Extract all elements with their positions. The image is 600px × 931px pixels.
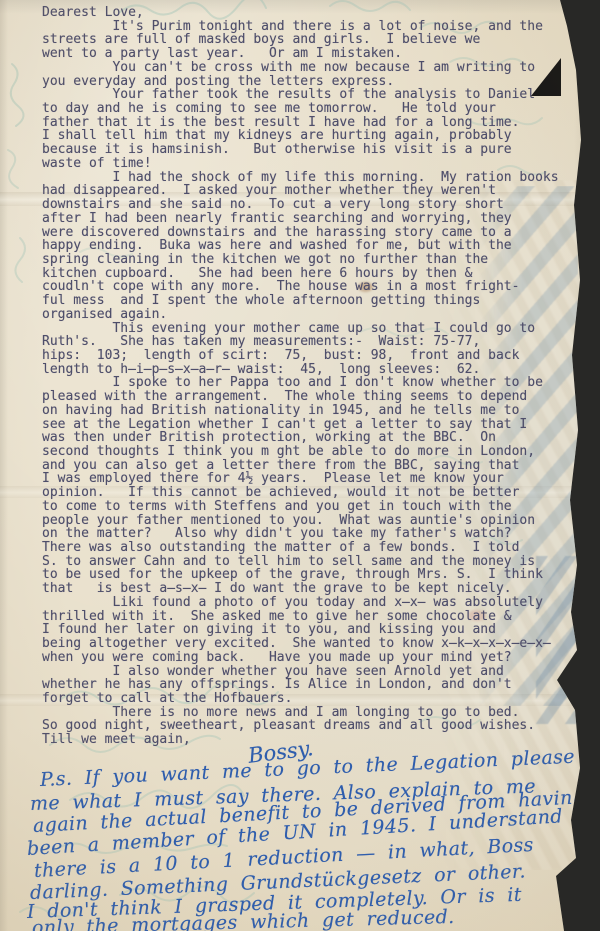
- signature-bossy: Bossy.: [247, 736, 315, 768]
- bleedthrough-handwriting: [0, 0, 600, 931]
- paper-crease: [0, 694, 600, 706]
- postscript-line: there is a 10 to 1 reduction — in what, …: [33, 834, 534, 882]
- paper-crease: [0, 192, 600, 206]
- paper-stain: [468, 610, 486, 621]
- paper-stain: [358, 282, 373, 292]
- postscript-line: darling. Something Grundstückgesetz or o…: [30, 860, 527, 904]
- postscript-line: been a member of the UN in 1945. I under…: [26, 805, 563, 860]
- postscript-line: only the mortgages which get reduced.: [32, 906, 455, 931]
- scanned-letter-page: { "colors": { "background": "#282826", "…: [0, 0, 600, 931]
- postscript-line: again the actual benefit to be derived f…: [32, 786, 585, 837]
- torn-corner-notch: [531, 58, 561, 96]
- paper-crease: [0, 486, 600, 498]
- postscript-line: P.s. If you want me to go to the Legatio…: [40, 744, 600, 791]
- typed-letter-body: Dearest Love, It's Purim tonight and the…: [42, 6, 559, 747]
- airmail-stripe-pattern: [478, 186, 578, 706]
- paper-crumple-shading: [430, 180, 580, 870]
- postscript-line: I don't think I grasped it completely. O…: [27, 884, 523, 923]
- airmail-stripe-pattern: [536, 556, 580, 724]
- letter-paper: Dearest Love, It's Purim tonight and the…: [0, 0, 600, 931]
- postscript-line: me what I must say there. Also explain t…: [30, 775, 537, 815]
